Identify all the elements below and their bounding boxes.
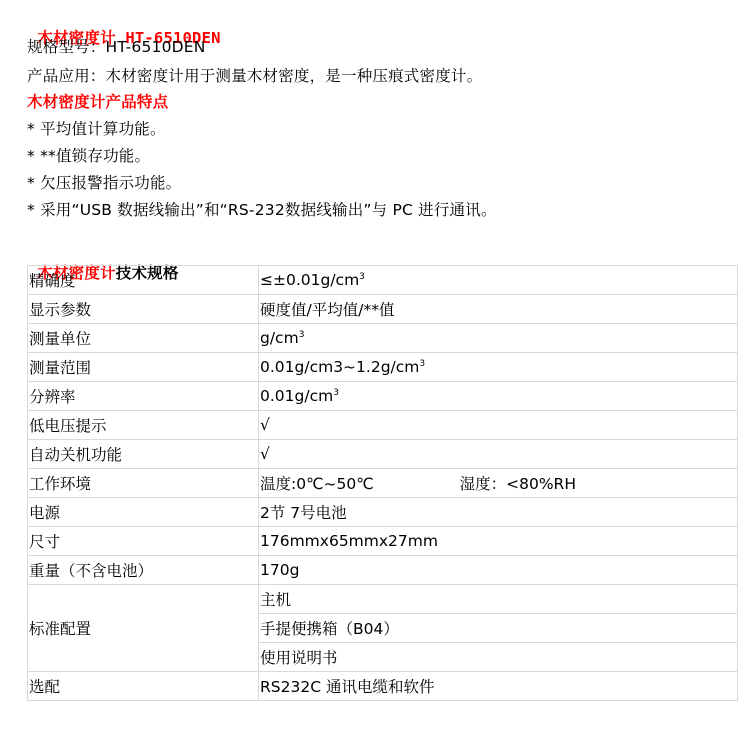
spec-value: ≤±0.01g/cm3 xyxy=(259,266,738,295)
feature-item: * **值锁存功能。 xyxy=(27,145,150,167)
spec-label: 自动关机功能 xyxy=(28,440,259,469)
table-row: 尺寸 176mmx65mmx27mm xyxy=(28,527,738,556)
temperature-range: 温度:0℃~50℃ xyxy=(260,475,374,493)
table-row: 精确度 ≤±0.01g/cm3 xyxy=(28,266,738,295)
spec-label: 工作环境 xyxy=(28,469,259,498)
spec-value: 0.01g/cm3 xyxy=(259,382,738,411)
feature-item: * 平均值计算功能。 xyxy=(27,118,166,140)
application-line: 产品应用：木材密度计用于测量木材密度，是一种压痕式密度计。 xyxy=(27,65,482,87)
spec-label: 重量（不含电池） xyxy=(28,556,259,585)
spec-table: 精确度 ≤±0.01g/cm3 显示参数 硬度值/平均值/**值 测量单位 g/… xyxy=(27,265,738,701)
spec-label: 显示参数 xyxy=(28,295,259,324)
spec-label: 低电压提示 xyxy=(28,411,259,440)
table-row: 选配 RS232C 通讯电缆和软件 xyxy=(28,672,738,701)
table-row: 分辨率 0.01g/cm3 xyxy=(28,382,738,411)
check-icon: √ xyxy=(259,440,738,469)
config-item: 主机 xyxy=(259,585,738,614)
spec-label: 标准配置 xyxy=(28,585,259,672)
config-item: 手提便携箱（B04） xyxy=(259,614,738,643)
spec-label: 电源 xyxy=(28,498,259,527)
table-row: 标准配置 主机 xyxy=(28,585,738,614)
spec-value: 温度:0℃~50℃湿度：<80%RH xyxy=(259,469,738,498)
table-row: 测量范围 0.01g/cm3~1.2g/cm3 xyxy=(28,353,738,382)
humidity-range: 湿度：<80%RH xyxy=(460,475,576,493)
table-row: 显示参数 硬度值/平均值/**值 xyxy=(28,295,738,324)
table-row: 工作环境 温度:0℃~50℃湿度：<80%RH xyxy=(28,469,738,498)
spec-value: 0.01g/cm3~1.2g/cm3 xyxy=(259,353,738,382)
table-row: 低电压提示 √ xyxy=(28,411,738,440)
spec-label: 精确度 xyxy=(28,266,259,295)
feature-item: * 采用“USB 数据线输出”和“RS-232数据线输出”与 PC 进行通讯。 xyxy=(27,199,497,221)
spec-label: 尺寸 xyxy=(28,527,259,556)
spec-model-line: 规格型号：HT-6510DEN xyxy=(27,36,206,58)
features-heading: 木材密度计产品特点 xyxy=(27,91,168,113)
spec-value: g/cm3 xyxy=(259,324,738,353)
table-row: 自动关机功能 √ xyxy=(28,440,738,469)
feature-item: * 欠压报警指示功能。 xyxy=(27,172,181,194)
table-row: 测量单位 g/cm3 xyxy=(28,324,738,353)
spec-label: 测量范围 xyxy=(28,353,259,382)
spec-label: 分辨率 xyxy=(28,382,259,411)
spec-label: 选配 xyxy=(28,672,259,701)
check-icon: √ xyxy=(259,411,738,440)
spec-value: 170g xyxy=(259,556,738,585)
config-item: 使用说明书 xyxy=(259,643,738,672)
spec-value: RS232C 通讯电缆和软件 xyxy=(259,672,738,701)
spec-value: 2节 7号电池 xyxy=(259,498,738,527)
spec-value: 176mmx65mmx27mm xyxy=(259,527,738,556)
table-row: 重量（不含电池） 170g xyxy=(28,556,738,585)
spec-value: 硬度值/平均值/**值 xyxy=(259,295,738,324)
spec-label: 测量单位 xyxy=(28,324,259,353)
table-row: 电源 2节 7号电池 xyxy=(28,498,738,527)
